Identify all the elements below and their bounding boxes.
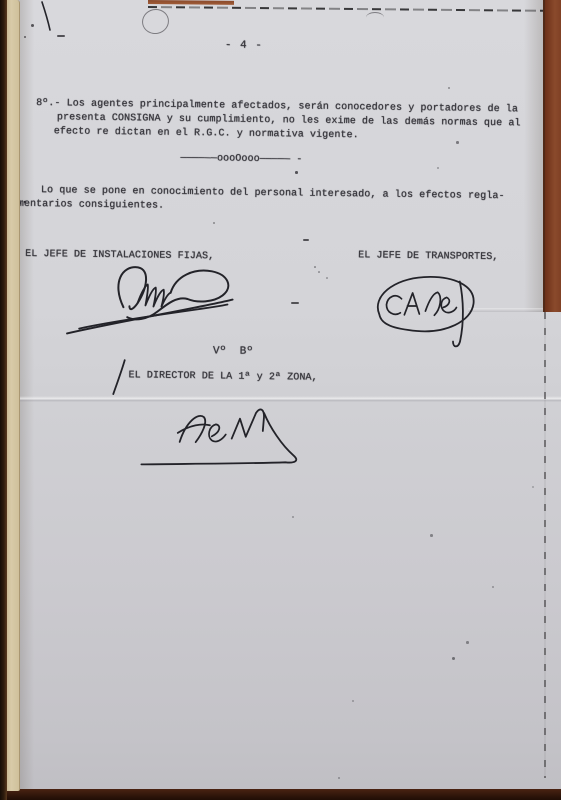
wood-table-bottom	[0, 789, 561, 800]
wood-table-right	[543, 0, 561, 312]
director-title: EL DIRECTOR DE LA 1ª y 2ª ZONA,	[128, 370, 317, 383]
section-separator: ——————oooOooo————— -	[180, 153, 302, 166]
clause-8-line-3: efecto re dictan en el R.G.C. y normativ…	[54, 126, 359, 141]
binding-dark-edge	[0, 0, 7, 800]
signature-transportes	[371, 270, 480, 349]
closing-line-2: mentarios consiguientes.	[18, 199, 165, 212]
typed-content-layer: - 4 - 8º.- Los agentes principalmente af…	[0, 0, 561, 800]
page-number: - 4 -	[225, 39, 263, 51]
signature-director	[133, 399, 304, 473]
right-signatory-title: EL JEFE DE TRANSPORTES,	[358, 250, 498, 263]
vertical-page-edge-crease	[544, 312, 546, 778]
book-page-edge	[5, 0, 20, 791]
vo-bo-approval-label: Vº Bº	[213, 345, 253, 358]
handwritten-slash-mark	[110, 358, 128, 396]
scanned-document-photo: { "colors":{ "wood_background":"#81422a"…	[0, 0, 561, 800]
signature-instalaciones-fijas	[61, 258, 242, 340]
